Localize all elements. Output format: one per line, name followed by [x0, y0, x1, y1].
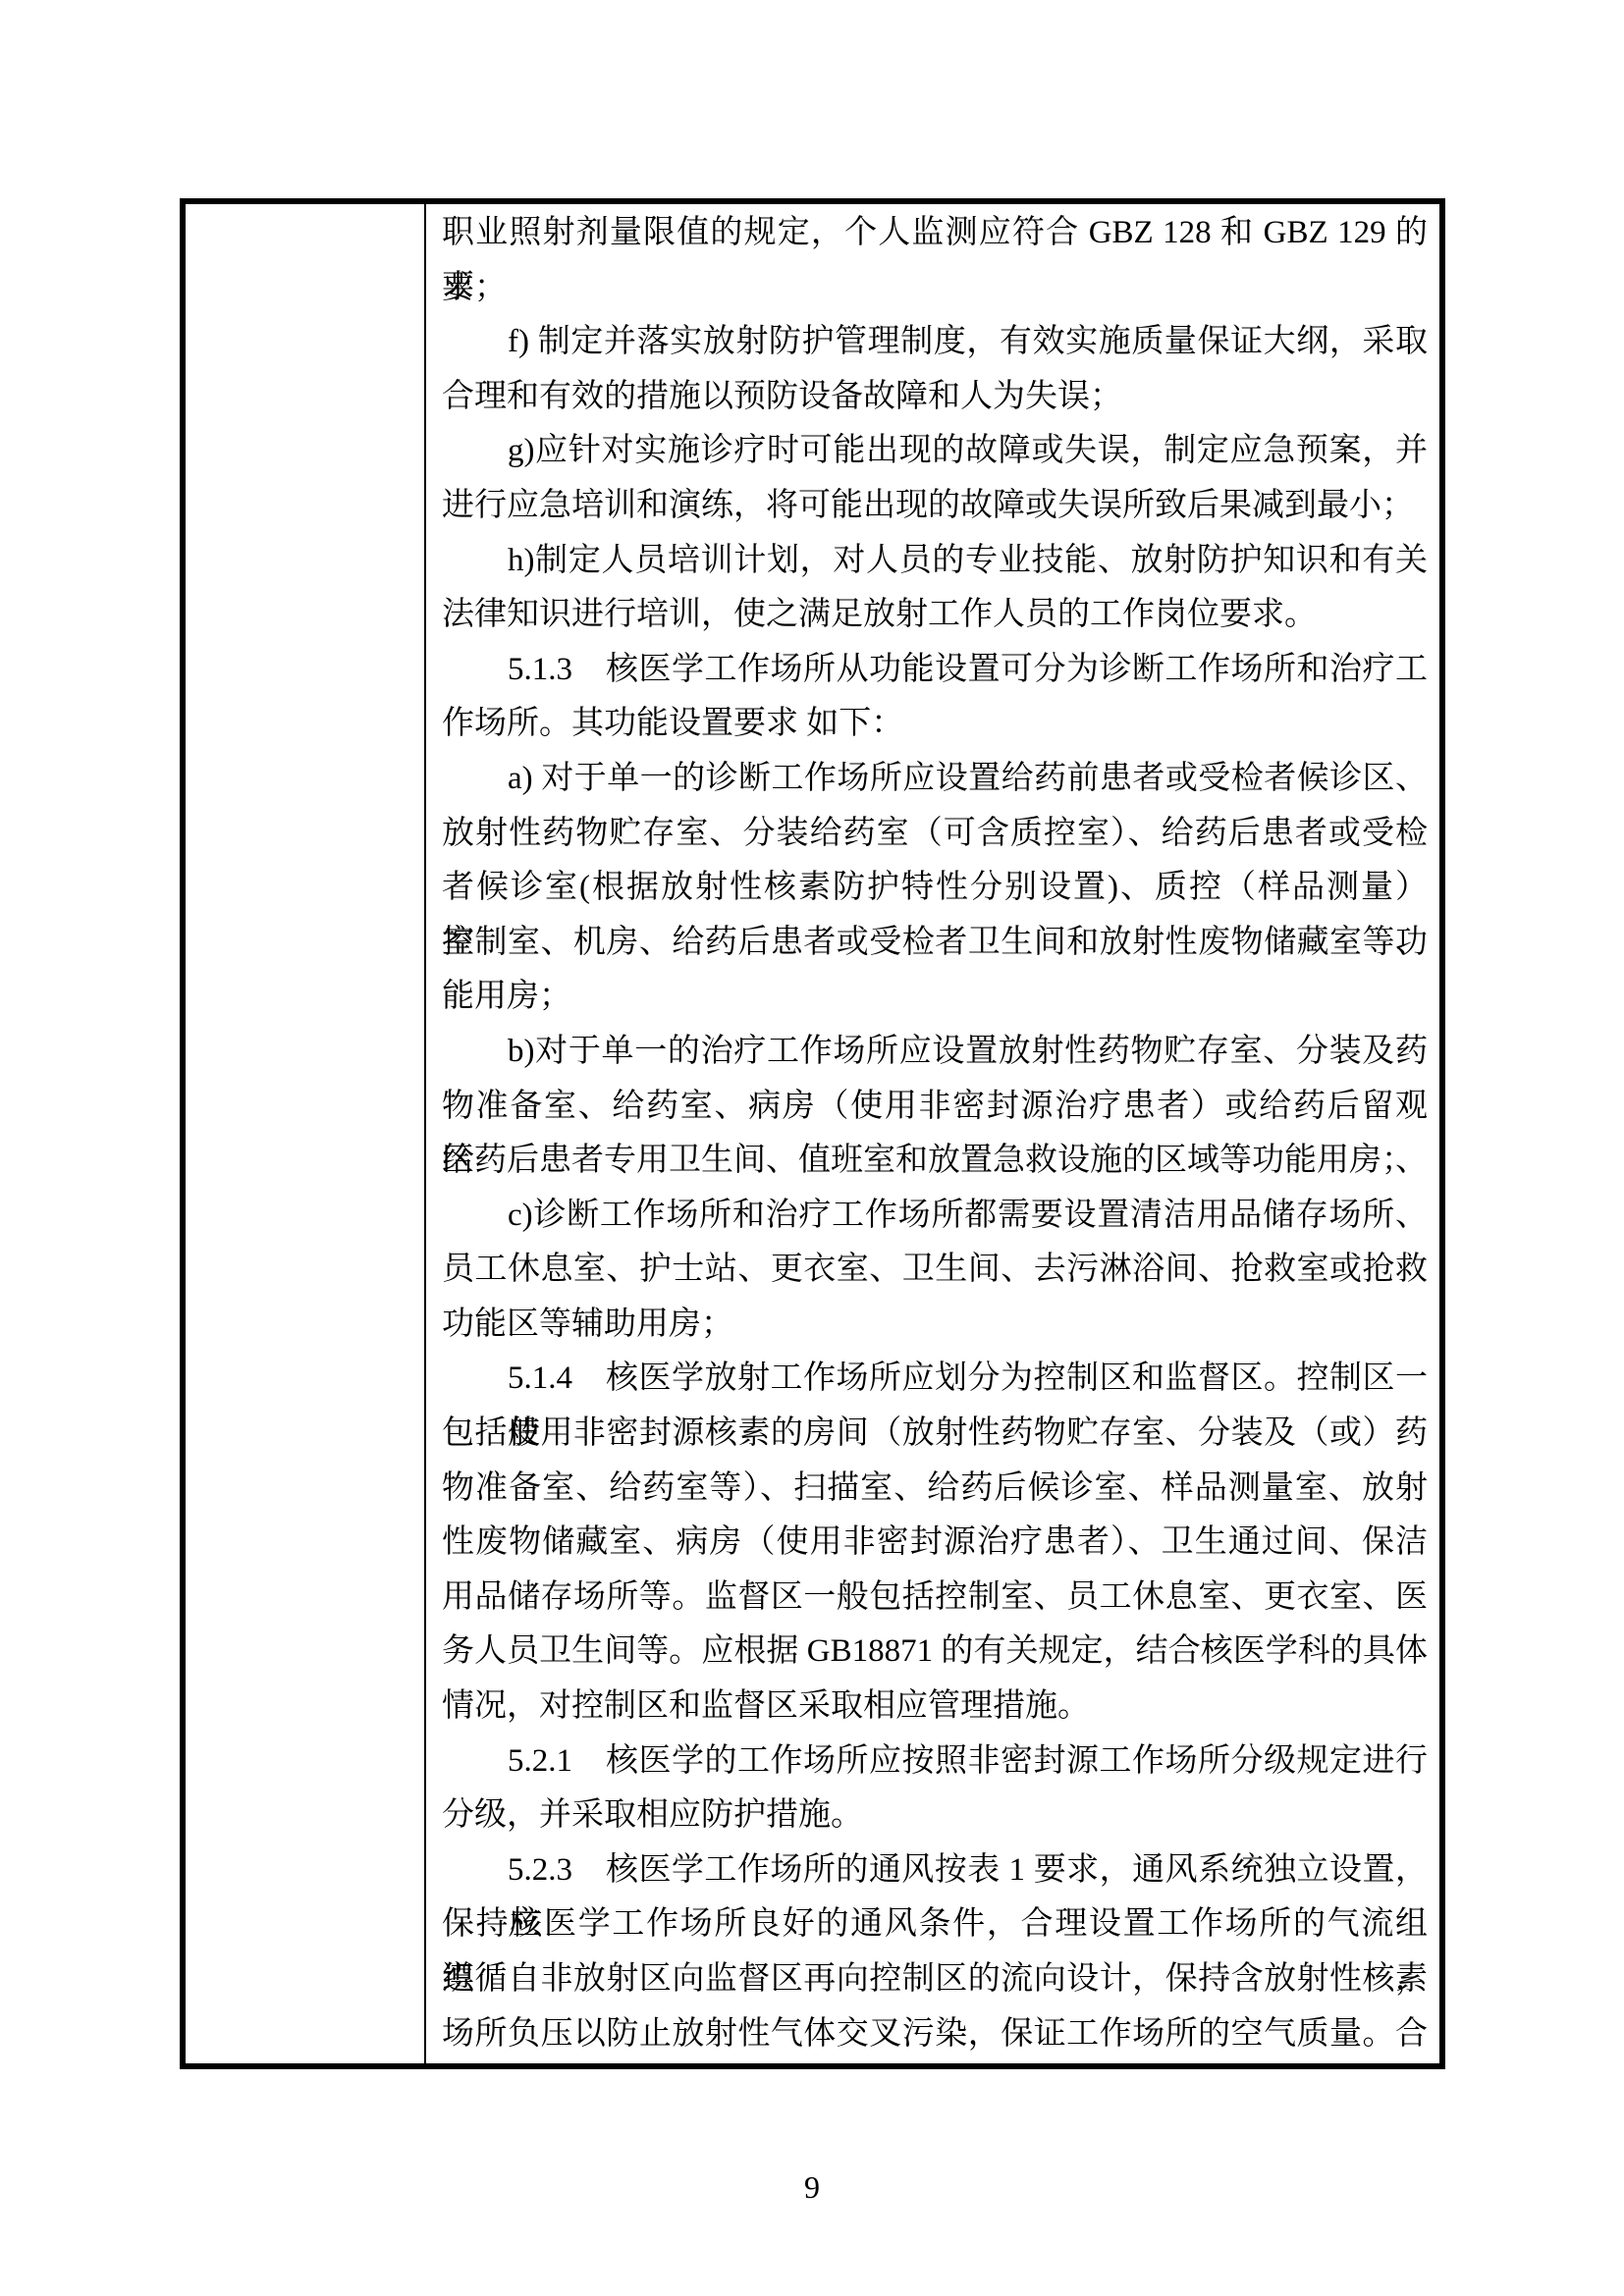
text-line-34: 场所负压以防止放射性气体交叉污染，保证工作场所的空气质量。合	[442, 2007, 1428, 2062]
text-line-33: 遵循自非放射区向监督区再向控制区的流向设计，保持含放射性核素	[442, 1952, 1428, 2007]
text-line-26: 用品储存场所等。监督区一般包括控制室、员工休息室、更衣室、医	[442, 1571, 1428, 1626]
text-line-9: 5.1.3 核医学工作场所从功能设置可分为诊断工作场所和治疗工	[442, 643, 1428, 698]
text-line-8: 法律知识进行培训，使之满足放射工作人员的工作岗位要求。	[442, 588, 1428, 643]
text-line-16: b)对于单一的治疗工作场所应设置放射性药物贮存室、分装及药	[442, 1025, 1428, 1080]
text-line-25: 性废物储藏室、病房（使用非密封源治疗患者）、卫生通过间、保洁	[442, 1516, 1428, 1571]
text-line-11: a) 对于单一的诊断工作场所应设置给药前患者或受检者候诊区、	[442, 752, 1428, 807]
page-number: 9	[0, 2167, 1624, 2207]
text-line-12: 放射性药物贮存室、分装给药室（可含质控室）、给药后患者或受检	[442, 807, 1428, 862]
text-line-28: 情况，对控制区和监督区采取相应管理措施。	[442, 1680, 1428, 1735]
text-line-31: 5.2.3 核医学工作场所的通风按表 1 要求，通风系统独立设置，应	[442, 1843, 1428, 1898]
text-line-1: 职业照射剂量限值的规定，个人监测应符合 GBZ 128 和 GBZ 129 的要	[442, 206, 1428, 261]
text-line-27: 务人员卫生间等。应根据 GB18871 的有关规定，结合核医学科的具体	[442, 1625, 1428, 1680]
text-line-29: 5.2.1 核医学的工作场所应按照非密封源工作场所分级规定进行	[442, 1735, 1428, 1789]
text-line-6: 进行应急培训和演练，将可能出现的故障或失误所致后果减到最小；	[442, 479, 1428, 534]
text-line-19: c)诊断工作场所和治疗工作场所都需要设置清洁用品储存场所、	[442, 1189, 1428, 1244]
text-line-10: 作场所。其功能设置要求 如下：	[442, 697, 1428, 752]
text-line-4: 合理和有效的措施以预防设备故障和人为失误；	[442, 370, 1428, 425]
content-table: 职业照射剂量限值的规定，个人监测应符合 GBZ 128 和 GBZ 129 的要…	[180, 198, 1445, 2069]
text-line-23: 包括使用非密封源核素的房间（放射性药物贮存室、分装及（或）药	[442, 1407, 1428, 1462]
text-line-17: 物准备室、给药室、病房（使用非密封源治疗患者）或给药后留观区、	[442, 1080, 1428, 1135]
text-line-5: g)应针对实施诊疗时可能出现的故障或失误，制定应急预案，并	[442, 424, 1428, 479]
text-line-24: 物准备室、给药室等）、扫描室、给药后候诊室、样品测量室、放射	[442, 1462, 1428, 1517]
text-line-30: 分级，并采取相应防护措施。	[442, 1789, 1428, 1843]
text-line-20: 员工休息室、护士站、更衣室、卫生间、去污淋浴间、抢救室或抢救	[442, 1243, 1428, 1298]
text-line-2: 求；	[442, 261, 1428, 316]
table-left-cell-empty	[186, 204, 426, 2063]
text-line-22: 5.1.4 核医学放射工作场所应划分为控制区和监督区。控制区一般	[442, 1352, 1428, 1407]
text-line-3: f) 制定并落实放射防护管理制度，有效实施质量保证大纲，采取	[442, 315, 1428, 370]
text-line-21: 功能区等辅助用房；	[442, 1298, 1428, 1353]
table-right-cell: 职业照射剂量限值的规定，个人监测应符合 GBZ 128 和 GBZ 129 的要…	[426, 204, 1439, 2063]
text-line-18: 给药后患者专用卫生间、值班室和放置急救设施的区域等功能用房；	[442, 1134, 1428, 1189]
text-line-32: 保持核医学工作场所良好的通风条件，合理设置工作场所的气流组织，	[442, 1897, 1428, 1952]
text-line-7: h)制定人员培训计划，对人员的专业技能、放射防护知识和有关	[442, 534, 1428, 589]
text-line-14: 控制室、机房、给药后患者或受检者卫生间和放射性废物储藏室等功	[442, 916, 1428, 971]
text-line-15: 能用房；	[442, 970, 1428, 1025]
text-line-13: 者候诊室(根据放射性核素防护特性分别设置)、质控（样品测量）室、	[442, 861, 1428, 916]
